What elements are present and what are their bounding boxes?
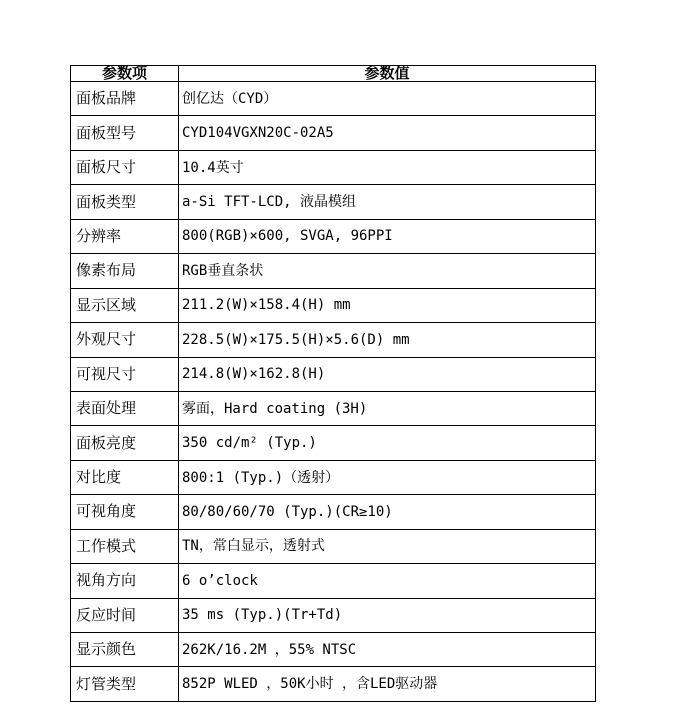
column-header-param-name: 参数项: [71, 66, 179, 82]
param-value-cell: 211.2(W)×158.4(H) mm: [179, 288, 596, 322]
param-name-cell: 灯管类型: [71, 667, 179, 702]
param-name-cell: 可视角度: [71, 495, 179, 529]
page: 参数项 参数值 面板品牌 创亿达（CYD） 面板型号 CYD104VGXN20C…: [0, 0, 678, 704]
param-value-cell: 雾面，Hard coating (3H): [179, 391, 596, 425]
table-row: 视角方向 6 o’clock: [71, 564, 596, 598]
param-value-cell: 214.8(W)×162.8(H): [179, 357, 596, 391]
table-row: 面板类型 a-Si TFT-LCD, 液晶模组: [71, 185, 596, 219]
param-name-cell: 显示区域: [71, 288, 179, 322]
param-name-cell: 反应时间: [71, 598, 179, 632]
table-row: 可视角度 80/80/60/70 (Typ.)(CR≥10): [71, 495, 596, 529]
param-value-cell: CYD104VGXN20C-02A5: [179, 116, 596, 150]
param-value-cell: 6 o’clock: [179, 564, 596, 598]
param-value-cell: 228.5(W)×175.5(H)×5.6(D) mm: [179, 323, 596, 357]
column-header-param-value: 参数值: [179, 66, 596, 82]
param-value-cell: 262K/16.2M ，55% NTSC: [179, 633, 596, 667]
param-name-cell: 可视尺寸: [71, 357, 179, 391]
param-name-cell: 面板亮度: [71, 426, 179, 460]
param-value-cell: 10.4英寸: [179, 150, 596, 184]
param-name-cell: 面板类型: [71, 185, 179, 219]
table-row: 像素布局 RGB垂直条状: [71, 254, 596, 288]
table-row: 可视尺寸 214.8(W)×162.8(H): [71, 357, 596, 391]
table-row: 显示颜色 262K/16.2M ，55% NTSC: [71, 633, 596, 667]
param-value-cell: 35 ms (Typ.)(Tr+Td): [179, 598, 596, 632]
param-value-cell: RGB垂直条状: [179, 254, 596, 288]
table-header-row: 参数项 参数值: [71, 66, 596, 82]
table-row: 分辨率 800(RGB)×600, SVGA, 96PPI: [71, 219, 596, 253]
table-row: 外观尺寸 228.5(W)×175.5(H)×5.6(D) mm: [71, 323, 596, 357]
param-name-cell: 对比度: [71, 460, 179, 494]
param-name-cell: 外观尺寸: [71, 323, 179, 357]
param-name-cell: 面板型号: [71, 116, 179, 150]
table-row: 面板型号 CYD104VGXN20C-02A5: [71, 116, 596, 150]
table-row: 灯管类型 852P WLED ，50K小时 ，含LED驱动器: [71, 667, 596, 702]
table-row: 面板品牌 创亿达（CYD）: [71, 82, 596, 116]
param-name-cell: 显示颜色: [71, 633, 179, 667]
table-row: 面板亮度 350 cd/m² (Typ.): [71, 426, 596, 460]
param-value-cell: 350 cd/m² (Typ.): [179, 426, 596, 460]
table-row: 表面处理 雾面，Hard coating (3H): [71, 391, 596, 425]
param-name-cell: 工作模式: [71, 529, 179, 563]
table-row: 对比度 800:1 (Typ.)（透射）: [71, 460, 596, 494]
param-value-cell: 创亿达（CYD）: [179, 82, 596, 116]
param-value-cell: 80/80/60/70 (Typ.)(CR≥10): [179, 495, 596, 529]
param-name-cell: 面板品牌: [71, 82, 179, 116]
table-row: 显示区域 211.2(W)×158.4(H) mm: [71, 288, 596, 322]
param-value-cell: 800:1 (Typ.)（透射）: [179, 460, 596, 494]
param-value-cell: TN，常白显示，透射式: [179, 529, 596, 563]
table-row: 工作模式 TN，常白显示，透射式: [71, 529, 596, 563]
param-name-cell: 表面处理: [71, 391, 179, 425]
param-name-cell: 面板尺寸: [71, 150, 179, 184]
param-value-cell: 852P WLED ，50K小时 ，含LED驱动器: [179, 667, 596, 702]
param-name-cell: 分辨率: [71, 219, 179, 253]
panel-spec-table: 参数项 参数值 面板品牌 创亿达（CYD） 面板型号 CYD104VGXN20C…: [70, 65, 596, 702]
param-value-cell: a-Si TFT-LCD, 液晶模组: [179, 185, 596, 219]
param-name-cell: 视角方向: [71, 564, 179, 598]
param-value-cell: 800(RGB)×600, SVGA, 96PPI: [179, 219, 596, 253]
table-row: 面板尺寸 10.4英寸: [71, 150, 596, 184]
param-name-cell: 像素布局: [71, 254, 179, 288]
table-row: 反应时间 35 ms (Typ.)(Tr+Td): [71, 598, 596, 632]
